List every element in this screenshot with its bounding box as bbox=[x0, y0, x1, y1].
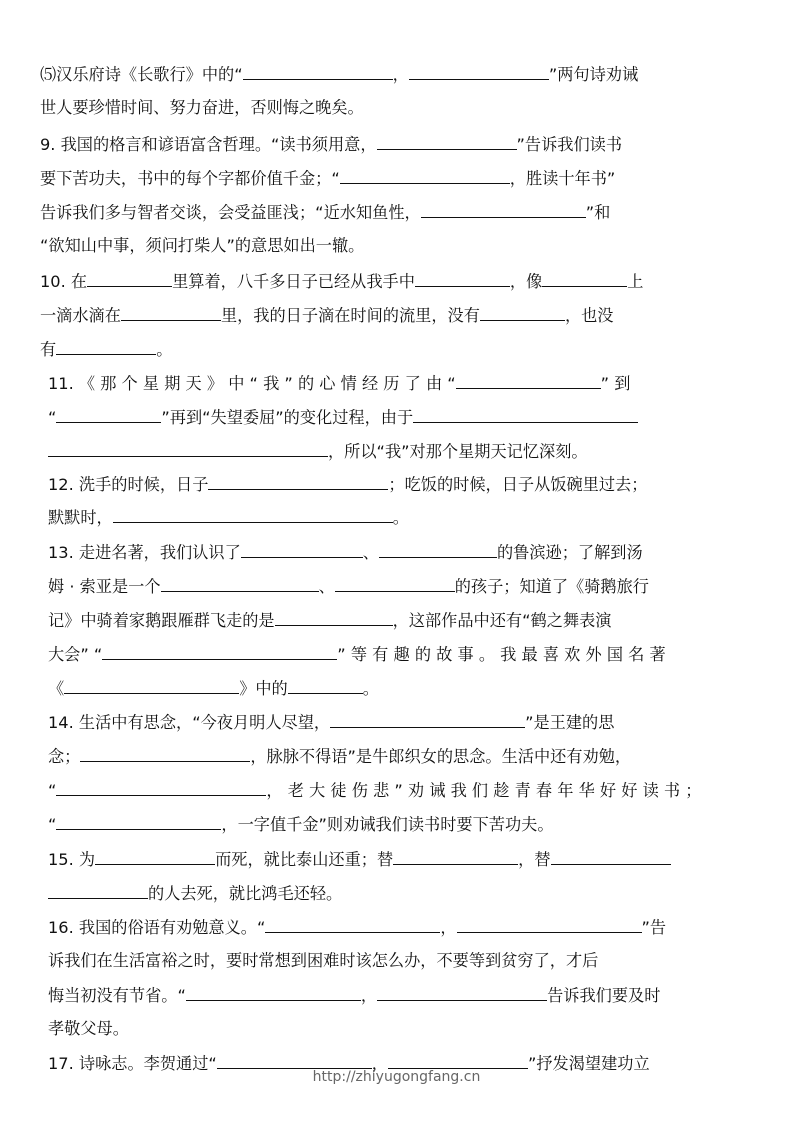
text-line: 诉我们在生活富裕之时，要时常想到困难时该怎么办，不要等到贫穷了，才后 bbox=[48, 948, 598, 974]
text-segment: 的孩子；知道了《骑鹅旅行 bbox=[455, 577, 649, 596]
fill-in-blank[interactable] bbox=[421, 199, 586, 218]
text-line: 世人要珍惜时间、努力奋进，否则悔之晚矣。 bbox=[40, 95, 364, 121]
text-segment: ；吃饭的时候，日子从饭碗里过去； bbox=[388, 475, 647, 494]
text-segment: ，所以“我”对那个星期天记忆深刻。 bbox=[328, 442, 588, 461]
text-segment: 一滴水滴在 bbox=[40, 306, 121, 325]
text-line: 悔当初没有节省。“，告诉我们要及时 bbox=[48, 982, 660, 1008]
text-line: 要下苦功夫，书中的每个字都价值千金；“，胜读十年书” bbox=[40, 165, 615, 191]
text-line: “， 老 大 徒 伤 悲 ” 劝 诫 我 们 趁 青 春 年 华 好 好 读 书… bbox=[48, 777, 701, 803]
text-segment: 9. 我国的格言和谚语富含哲理。“读书须用意， bbox=[40, 135, 377, 154]
text-line: 一滴水滴在里，我的日子滴在时间的流里，没有，也没 bbox=[40, 302, 614, 328]
text-line: 9. 我国的格言和谚语富含哲理。“读书须用意，”告诉我们读书 bbox=[40, 131, 622, 157]
fill-in-blank[interactable] bbox=[95, 846, 215, 865]
fill-in-blank[interactable] bbox=[377, 982, 547, 1001]
fill-in-blank[interactable] bbox=[480, 302, 565, 321]
text-segment: 告诉我们要及时 bbox=[547, 986, 660, 1005]
text-segment: 。 bbox=[363, 679, 379, 698]
text-segment: 大会” “ bbox=[48, 645, 102, 664]
text-segment: 告诉我们多与智者交谈，会受益匪浅；“近水知鱼性， bbox=[40, 203, 421, 222]
text-line: 14. 生活中有思念，“今夜月明人尽望，”是王建的思 bbox=[48, 709, 614, 735]
text-line: 姆 · 索亚是一个、的孩子；知道了《骑鹅旅行 bbox=[48, 573, 649, 599]
fill-in-blank[interactable] bbox=[48, 880, 148, 899]
text-segment: ，替 bbox=[518, 850, 550, 869]
fill-in-blank[interactable] bbox=[113, 504, 393, 523]
fill-in-blank[interactable] bbox=[186, 982, 361, 1001]
text-segment: 12. 洗手的时候，日子 bbox=[48, 475, 208, 494]
text-segment: ，一字值千金”则劝诫我们读书时要下苦功夫。 bbox=[221, 815, 553, 834]
fill-in-blank[interactable] bbox=[413, 404, 638, 423]
fill-in-blank[interactable] bbox=[335, 573, 455, 592]
fill-in-blank[interactable] bbox=[388, 1050, 528, 1069]
text-segment: “ bbox=[48, 408, 56, 427]
fill-in-blank[interactable] bbox=[415, 268, 510, 287]
text-segment: ， bbox=[393, 65, 409, 84]
text-segment: 16. 我国的俗语有劝勉意义。“ bbox=[48, 918, 265, 937]
fill-in-blank[interactable] bbox=[288, 675, 363, 694]
text-line: ⑸汉乐府诗《长歌行》中的“，”两句诗劝诫 bbox=[40, 61, 638, 87]
fill-in-blank[interactable] bbox=[102, 641, 337, 660]
text-segment: 上 bbox=[627, 272, 643, 291]
text-segment: ”告诉我们读书 bbox=[517, 135, 623, 154]
fill-in-blank[interactable] bbox=[56, 811, 221, 830]
text-segment: 《 bbox=[48, 679, 64, 698]
text-segment: 的鲁滨逊；了解到汤 bbox=[497, 543, 643, 562]
text-segment: 诉我们在生活富裕之时，要时常想到困难时该怎么办，不要等到贫穷了，才后 bbox=[48, 951, 598, 970]
text-segment: 11. 《 那 个 星 期 天 》 中 “ 我 ” 的 心 情 经 历 了 由 … bbox=[48, 374, 456, 393]
fill-in-blank[interactable] bbox=[275, 607, 393, 626]
text-segment: ，像 bbox=[510, 272, 542, 291]
text-segment: ”告 bbox=[642, 918, 667, 937]
text-segment: ，也没 bbox=[565, 306, 614, 325]
text-line: 11. 《 那 个 星 期 天 》 中 “ 我 ” 的 心 情 经 历 了 由 … bbox=[48, 370, 630, 396]
fill-in-blank[interactable] bbox=[265, 914, 440, 933]
fill-in-blank[interactable] bbox=[409, 61, 549, 80]
text-line: 有。 bbox=[40, 336, 172, 362]
text-segment: 10. 在 bbox=[40, 272, 87, 291]
fill-in-blank[interactable] bbox=[56, 777, 266, 796]
fill-in-blank[interactable] bbox=[56, 404, 161, 423]
text-segment: ， bbox=[440, 918, 456, 937]
text-segment: 念； bbox=[48, 747, 80, 766]
text-line: “”再到“失望委屈”的变化过程，由于 bbox=[48, 404, 638, 430]
text-line: 16. 我国的俗语有劝勉意义。“，”告 bbox=[48, 914, 666, 940]
fill-in-blank[interactable] bbox=[64, 675, 239, 694]
fill-in-blank[interactable] bbox=[456, 370, 601, 389]
text-line: 10. 在里算着，八千多日子已经从我手中，像上 bbox=[40, 268, 643, 294]
text-segment: 而死，就比泰山还重；替 bbox=[215, 850, 393, 869]
fill-in-blank[interactable] bbox=[208, 471, 388, 490]
text-line: 13. 走进名著，我们认识了、的鲁滨逊；了解到汤 bbox=[48, 539, 643, 565]
text-line: 大会” “” 等 有 趣 的 故 事 。 我 最 喜 欢 外 国 名 著 bbox=[48, 641, 666, 667]
text-segment: 孝敬父母。 bbox=[48, 1019, 129, 1038]
text-line: 念；，脉脉不得语”是牛郎织女的思念。生活中还有劝勉， bbox=[48, 743, 631, 769]
text-segment: 、 bbox=[363, 543, 379, 562]
text-segment: ， bbox=[361, 986, 377, 1005]
text-segment: ，脉脉不得语”是牛郎织女的思念。生活中还有劝勉， bbox=[250, 747, 631, 766]
text-segment: “欲知山中事，须问打柴人”的意思如出一辙。 bbox=[40, 236, 364, 255]
text-segment: “ bbox=[48, 781, 56, 800]
fill-in-blank[interactable] bbox=[393, 846, 518, 865]
text-segment: 里算着，八千多日子已经从我手中 bbox=[172, 272, 415, 291]
text-segment: 记》中骑着家鹅跟雁群飞走的是 bbox=[48, 611, 275, 630]
text-segment: 、 bbox=[319, 577, 335, 596]
text-segment: ” 等 有 趣 的 故 事 。 我 最 喜 欢 外 国 名 著 bbox=[337, 645, 665, 664]
text-line: 默默时，。 bbox=[48, 504, 409, 530]
text-segment: 姆 · 索亚是一个 bbox=[48, 577, 161, 596]
fill-in-blank[interactable] bbox=[243, 61, 393, 80]
text-line: 15. 为而死，就比泰山还重；替，替 bbox=[48, 846, 671, 872]
footer-url: http://zhiyugongfang.cn bbox=[0, 1069, 793, 1085]
fill-in-blank[interactable] bbox=[48, 438, 328, 457]
text-segment: ”两句诗劝诫 bbox=[549, 65, 638, 84]
fill-in-blank[interactable] bbox=[379, 539, 497, 558]
text-segment: 15. 为 bbox=[48, 850, 95, 869]
text-segment: ，这部作品中还有“鹤之舞表演 bbox=[393, 611, 612, 630]
text-segment: “ bbox=[48, 815, 56, 834]
text-segment: 13. 走进名著，我们认识了 bbox=[48, 543, 241, 562]
text-segment: 14. 生活中有思念，“今夜月明人尽望， bbox=[48, 713, 330, 732]
text-line: “，一字值千金”则劝诫我们读书时要下苦功夫。 bbox=[48, 811, 554, 837]
text-line: ，所以“我”对那个星期天记忆深刻。 bbox=[48, 438, 588, 464]
text-line: 的人去死，就比鸿毛还轻。 bbox=[48, 880, 342, 906]
fill-in-blank[interactable] bbox=[551, 846, 671, 865]
text-segment: 要下苦功夫，书中的每个字都价值千金；“ bbox=[40, 169, 340, 188]
text-line: 记》中骑着家鹅跟雁群飞走的是，这部作品中还有“鹤之舞表演 bbox=[48, 607, 611, 633]
fill-in-blank[interactable] bbox=[340, 165, 510, 184]
text-segment: ，胜读十年书” bbox=[510, 169, 616, 188]
fill-in-blank[interactable] bbox=[161, 573, 319, 592]
text-line: 孝敬父母。 bbox=[48, 1016, 129, 1042]
text-segment: 世人要珍惜时间、努力奋进，否则悔之晚矣。 bbox=[40, 98, 364, 117]
fill-in-blank[interactable] bbox=[121, 302, 221, 321]
fill-in-blank[interactable] bbox=[87, 268, 172, 287]
text-segment: ⑸汉乐府诗《长歌行》中的“ bbox=[40, 65, 243, 84]
text-segment: 悔当初没有节省。“ bbox=[48, 986, 186, 1005]
text-segment: ” 到 bbox=[601, 374, 631, 393]
fill-in-blank[interactable] bbox=[377, 131, 517, 150]
fill-in-blank[interactable] bbox=[80, 743, 250, 762]
text-segment: 里，我的日子滴在时间的流里，没有 bbox=[221, 306, 480, 325]
text-segment: ”是王建的思 bbox=[525, 713, 614, 732]
text-segment: 。 bbox=[156, 340, 172, 359]
text-line: “欲知山中事，须问打柴人”的意思如出一辙。 bbox=[40, 233, 364, 259]
fill-in-blank[interactable] bbox=[56, 336, 156, 355]
fill-in-blank[interactable] bbox=[457, 914, 642, 933]
text-segment: 。 bbox=[393, 508, 409, 527]
fill-in-blank[interactable] bbox=[542, 268, 627, 287]
text-segment: ”和 bbox=[586, 203, 611, 222]
text-segment: ”再到“失望委屈”的变化过程，由于 bbox=[161, 408, 413, 427]
text-segment: ， 老 大 徒 伤 悲 ” 劝 诫 我 们 趁 青 春 年 华 好 好 读 书 … bbox=[266, 781, 701, 800]
text-segment: 默默时， bbox=[48, 508, 113, 527]
text-line: 《》中的。 bbox=[48, 675, 379, 701]
text-segment: 的人去死，就比鸿毛还轻。 bbox=[148, 884, 342, 903]
fill-in-blank[interactable] bbox=[241, 539, 363, 558]
text-line: 告诉我们多与智者交谈，会受益匪浅；“近水知鱼性，”和 bbox=[40, 199, 610, 225]
fill-in-blank[interactable] bbox=[330, 709, 525, 728]
text-segment: 》中的 bbox=[239, 679, 288, 698]
text-segment: 有 bbox=[40, 340, 56, 359]
fill-in-blank[interactable] bbox=[217, 1050, 372, 1069]
text-line: 12. 洗手的时候，日子；吃饭的时候，日子从饭碗里过去； bbox=[48, 471, 647, 497]
